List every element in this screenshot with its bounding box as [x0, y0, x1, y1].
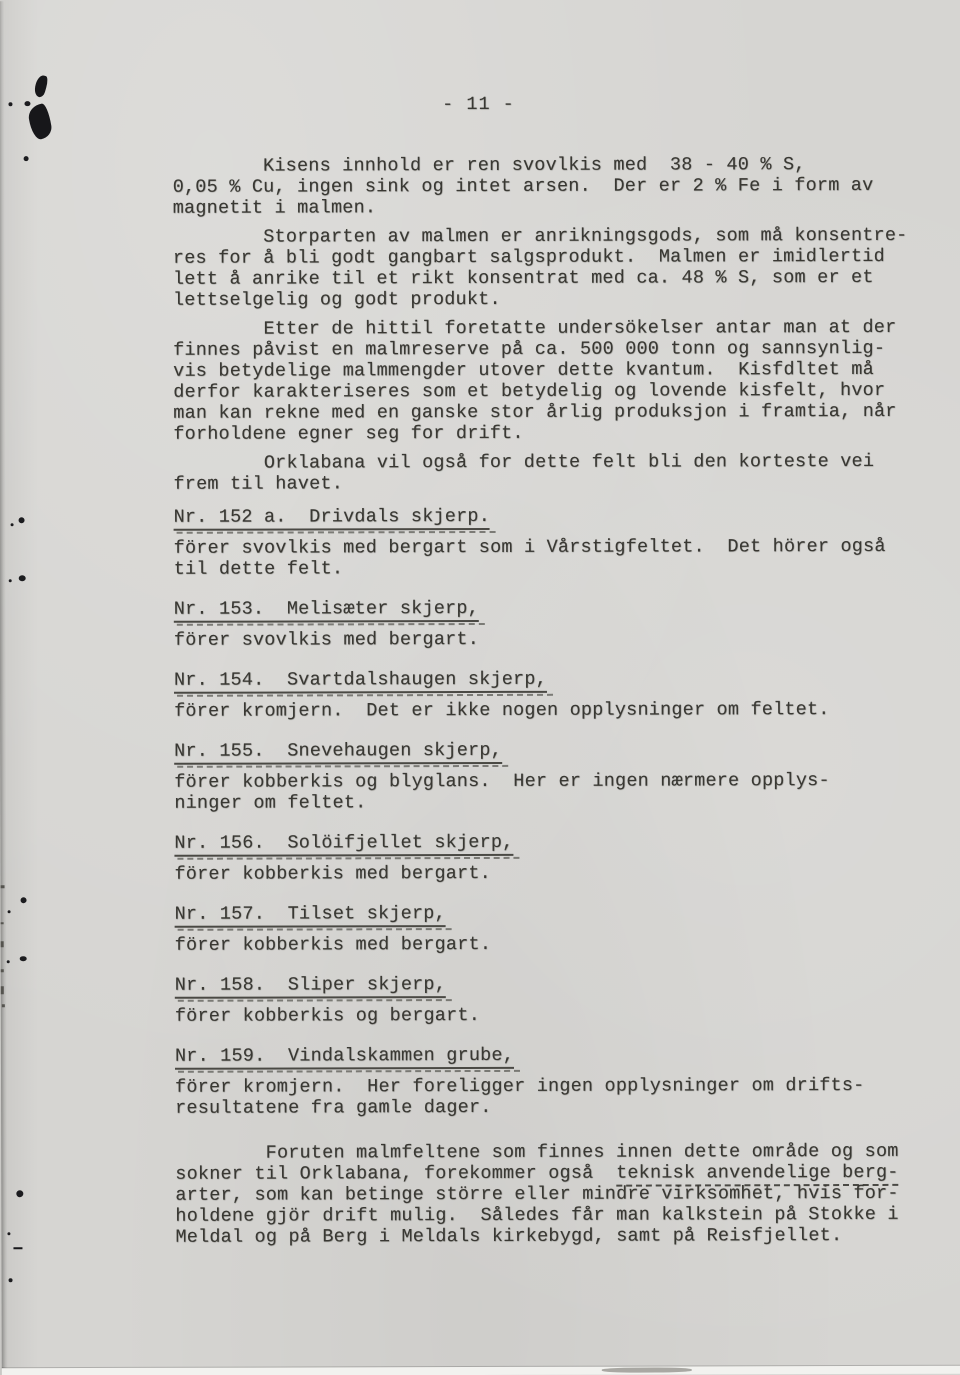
scan-edge-tick	[1, 922, 4, 924]
ink-speck	[20, 956, 27, 961]
section-heading-158-text: Nr. 158. Sliper skjerp,	[175, 974, 446, 999]
section-body-152a: förer svovlkis med bergart som i Vårstig…	[174, 536, 914, 580]
scan-edge-tick	[1, 885, 5, 888]
ink-speck	[7, 960, 10, 963]
paragraph-orklabana: Orklabana vil også for dette felt bli de…	[173, 451, 913, 495]
ink-dash	[13, 1247, 22, 1249]
scan-edge-tick	[1, 986, 4, 994]
ink-speck	[21, 897, 27, 903]
section-heading-154: Nr. 154. Svartdalshaugen skjerp,	[174, 668, 914, 694]
ink-speck	[24, 156, 29, 161]
section-body-159: förer kromjern. Her foreligger ingen opp…	[175, 1075, 915, 1119]
ink-speck	[8, 102, 12, 106]
scan-bottom-smudge	[602, 1367, 692, 1372]
ink-speck	[8, 910, 11, 913]
section-heading-153-text: Nr. 153. Melisæter skjerp,	[174, 598, 479, 623]
page-number: - 11 -	[0, 93, 958, 117]
ink-speck	[24, 101, 30, 106]
section-heading-156-text: Nr. 156. Solöifjellet skjerp,	[174, 832, 513, 857]
section-heading-153: Nr. 153. Melisæter skjerp,	[174, 597, 914, 623]
section-body-158: förer kobberkis og bergart.	[175, 1004, 915, 1027]
paragraph-enrichment: Storparten av malmen er anrikningsgods, …	[173, 225, 913, 311]
section-body-154: förer kromjern. Det er ikke nogen opplys…	[174, 699, 914, 722]
section-heading-155-text: Nr. 155. Snevehaugen skjerp,	[174, 740, 502, 765]
paragraph-kis-content: Kisens innhold er ren svovlkis med 38 - …	[173, 154, 913, 219]
ink-speck	[19, 517, 25, 523]
ink-speck	[11, 523, 14, 526]
document-body: Kisens innhold er ren svovlkis med 38 - …	[173, 154, 916, 1256]
document-page: - 11 - Kisens innhold er ren svovlkis me…	[0, 0, 960, 1375]
ink-speck	[16, 1190, 23, 1197]
scan-edge-tick	[1, 941, 4, 947]
section-heading-155: Nr. 155. Snevehaugen skjerp,	[174, 739, 914, 765]
paragraph-closing: Foruten malmfeltene som finnes innen det…	[175, 1141, 915, 1248]
section-heading-157: Nr. 157. Tilset skjerp,	[175, 902, 915, 928]
section-heading-158: Nr. 158. Sliper skjerp,	[175, 973, 915, 999]
scan-bottom-edge	[2, 1366, 960, 1375]
section-heading-152a: Nr. 152 a. Drivdals skjerp.	[174, 505, 914, 531]
section-body-157: förer kobberkis med bergart.	[175, 933, 915, 956]
scan-edge-shadow	[0, 1, 8, 1368]
ink-speck	[9, 1278, 13, 1282]
section-body-156: förer kobberkis med bergart.	[174, 862, 914, 885]
section-heading-159-text: Nr. 159. Vindalskammen grube,	[175, 1045, 514, 1070]
paragraph-ore-reserves: Etter de hittil foretatte undersökelser …	[173, 317, 913, 445]
section-body-155: förer kobberkis og blyglans. Her er inge…	[174, 770, 914, 814]
ink-speck	[7, 1232, 10, 1235]
section-heading-154-text: Nr. 154. Svartdalshaugen skjerp,	[174, 669, 547, 694]
ink-speck	[19, 575, 26, 581]
ink-speck	[9, 579, 12, 582]
section-heading-156: Nr. 156. Solöifjellet skjerp,	[174, 831, 914, 857]
scan-edge-tick	[2, 1004, 5, 1007]
section-body-153: förer svovlkis med bergart.	[174, 628, 914, 651]
section-heading-152a-text: Nr. 152 a. Drivdals skjerp.	[174, 506, 491, 531]
section-heading-157-text: Nr. 157. Tilset skjerp,	[175, 903, 446, 928]
section-heading-159: Nr. 159. Vindalskammen grube,	[175, 1044, 915, 1070]
scan-edge-tick	[1, 969, 4, 972]
